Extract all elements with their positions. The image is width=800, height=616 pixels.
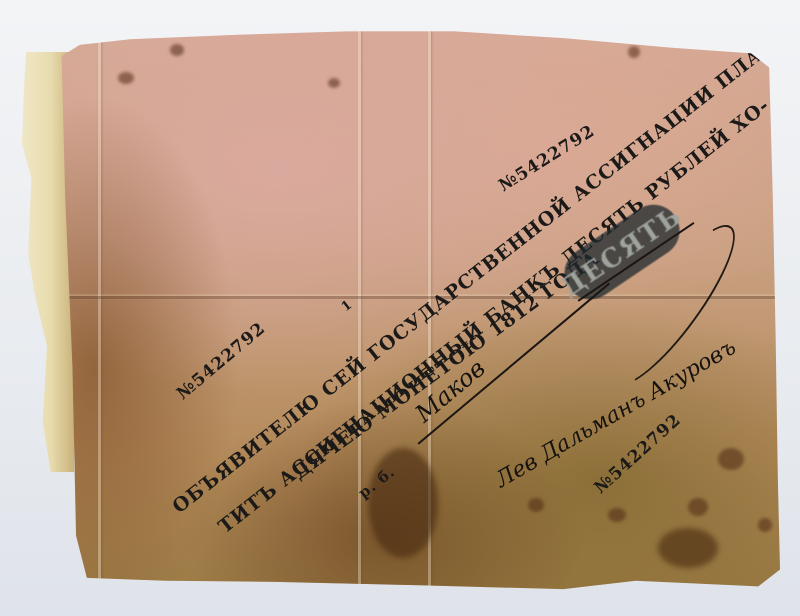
fold-line [358,28,361,592]
fold-line [98,28,101,592]
banknote: №5422792 №5422792 №5422792 ОБЪЯВИТЕЛЮ СЕ… [58,28,780,592]
small-mark: 1 [339,297,356,315]
serial-number-left: №5422792 [173,318,270,404]
